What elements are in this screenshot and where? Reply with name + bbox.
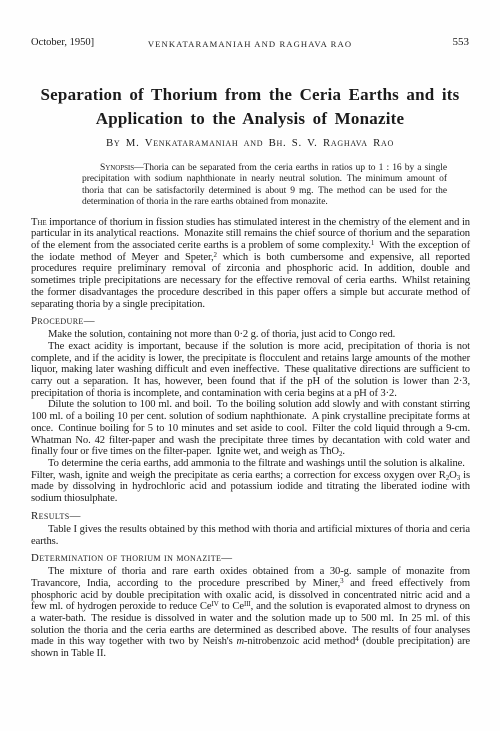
journal-page: October, 1950] VENKATARAMANIAH AND RAGHA…: [0, 0, 500, 731]
page-number: 553: [453, 36, 470, 48]
title-line-2: Application to the Analysis of Monazite: [40, 107, 460, 131]
heading-procedure: Procedure—: [31, 315, 470, 327]
heading-determination-monazite: Determination of thorium in monazite—: [31, 552, 470, 564]
paragraph-make-solution: Make the solution, containing not more t…: [31, 329, 470, 341]
article-title: Separation of Thorium from the Ceria Ear…: [40, 83, 460, 130]
article-body: The importance of thorium in fission stu…: [0, 209, 500, 660]
paragraph-intro: The importance of thorium in fission stu…: [31, 217, 470, 311]
byline: By M. Venkataramaniah and Bh. S. V. Ragh…: [0, 137, 500, 149]
paragraph-table1: Table I gives the results obtained by th…: [31, 524, 470, 547]
paragraph-ceria-earths: To determine the ceria earths, add ammon…: [31, 458, 470, 505]
heading-results: Results—: [31, 510, 470, 522]
running-title: VENKATARAMANIAH AND RAGHAVA RAO: [0, 39, 500, 49]
title-line-1: Separation of Thorium from the Ceria Ear…: [40, 83, 460, 107]
paragraph-dilute-boil: Dilute the solution to 100 ml. and boil.…: [31, 399, 470, 458]
paragraph-acidity: The exact acidity is important, because …: [31, 341, 470, 400]
paragraph-monazite-analysis: The mixture of thoria and rare earth oxi…: [31, 566, 470, 660]
synopsis: Synopsis—Thoria can be separated from th…: [82, 163, 447, 209]
running-header: October, 1950] VENKATARAMANIAH AND RAGHA…: [0, 0, 500, 51]
